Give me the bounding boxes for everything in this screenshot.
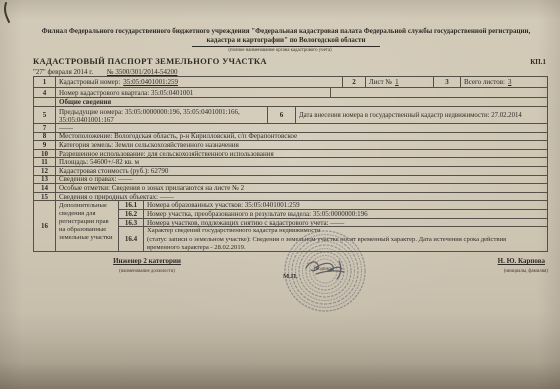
table-row-14: 14 Особые отметки: Сведения о зонах прил… xyxy=(34,184,548,193)
title-row: КАДАСТРОВЫЙ ПАСПОРТ ЗЕМЕЛЬНОГО УЧАСТКА К… xyxy=(33,56,546,66)
empty-number-cell xyxy=(34,98,56,107)
org-name-line2: кадастра и картографии" по Вологодской о… xyxy=(192,36,379,47)
table-row-15: 15 Сведения о природных объектах: —— xyxy=(34,193,548,202)
table-row-16-3: 16.3 Номера участков, подлежащих снятию … xyxy=(119,219,548,228)
round-seal-stamp xyxy=(282,228,368,314)
pen-mark xyxy=(0,0,20,28)
row-number: 9 xyxy=(34,141,56,150)
table-row-1: 1 Кадастровый номер: 35:05:0401001:259 2… xyxy=(34,77,548,88)
previous-numbers-cell: Предыдущие номера: 35:05:0000000:196, 35… xyxy=(56,107,268,124)
table-row-7: 7 —— xyxy=(34,124,548,133)
formed-parcels-cell: Номера образованных участков: 35:05:0401… xyxy=(144,201,548,210)
row-number: 5 xyxy=(34,107,56,124)
signatory-name-caption: (инициалы, фамилия) xyxy=(504,269,548,274)
removed-parcels-cell: Номера участков, подлежащих снятию с кад… xyxy=(144,219,548,228)
signatory-name: Н. Ю. Карпова xyxy=(498,257,545,265)
area-cell: Площадь: 54600+/-82 кв. м xyxy=(56,158,548,167)
cadastral-table: 1 Кадастровый номер: 35:05:0401001:259 2… xyxy=(33,76,548,252)
row-number: 13 xyxy=(34,176,56,185)
position-caption: (наименование должности) xyxy=(96,269,198,274)
table-row-11: 11 Площадь: 54600+/-82 кв. м xyxy=(34,158,548,167)
row-number: 12 xyxy=(34,167,56,176)
cadastral-number-cell: Кадастровый номер: 35:05:0401001:259 xyxy=(56,77,343,88)
row-number: 10 xyxy=(34,150,56,159)
table-row-16-2: 16.2 Номер участка, преобразованного в р… xyxy=(119,210,548,219)
section-header-row: Общие сведения xyxy=(34,98,548,107)
document-photo: Филиал Федерального государственного бюд… xyxy=(0,0,560,389)
table-row-10: 10 Разрешенное использование: для сельск… xyxy=(34,150,548,159)
sheet-cell: Лист № 1 xyxy=(366,77,434,88)
cadastral-value-cell: Кадастровая стоимость (руб.): 62790 xyxy=(56,167,548,176)
row-number: 2 xyxy=(343,77,366,88)
form-code: КП.1 xyxy=(530,58,546,66)
sub-row-number: 16.4 xyxy=(119,227,144,252)
location-cell: Местоположение: Вологодская область, р-н… xyxy=(56,133,548,142)
document-number: № 3500/301/2014-54200 xyxy=(107,68,178,76)
table-row-8: 8 Местоположение: Вологодская область, р… xyxy=(34,133,548,142)
date-row: "27" февраля 2014 г. № 3500/301/2014-542… xyxy=(33,68,178,76)
row-number: 3 xyxy=(434,77,461,88)
sub-row-number: 16.2 xyxy=(119,210,144,219)
table-row-16-1: 16.1 Номера образованных участков: 35:05… xyxy=(119,201,548,210)
quarter-number-cell: Номер кадастрового квартала: 35:05:04010… xyxy=(56,88,331,98)
permitted-use-cell: Разрешенное использование: для сельскохо… xyxy=(56,150,548,159)
row-number: 15 xyxy=(34,193,56,202)
document-date: "27" февраля 2014 г. xyxy=(33,68,93,76)
sub-row-number: 16.3 xyxy=(119,219,144,228)
additional-info-label: Дополнительные сведения для регистрации … xyxy=(56,201,119,252)
row-number: 6 xyxy=(268,107,296,124)
row-number: 8 xyxy=(34,133,56,142)
table-row-13: 13 Сведения о правах: —— xyxy=(34,176,548,185)
document-title: КАДАСТРОВЫЙ ПАСПОРТ ЗЕМЕЛЬНОГО УЧАСТКА xyxy=(33,56,267,66)
row-number: 7 xyxy=(34,124,56,133)
row-number: 1 xyxy=(34,77,56,88)
registration-date-cell: Дата внесения номера в государственный к… xyxy=(296,107,548,124)
row-text: —— xyxy=(56,124,548,133)
table-row-4: 4 Номер кадастрового квартала: 35:05:040… xyxy=(34,88,548,98)
row-number: 16 xyxy=(34,201,56,252)
sheet-value: 1 xyxy=(395,78,399,86)
row-number: 11 xyxy=(34,158,56,167)
special-notes-cell: Особые отметки: Сведения о зонах прилага… xyxy=(56,184,548,193)
table-row-5: 5 Предыдущие номера: 35:05:0000000:196, … xyxy=(34,107,548,124)
empty-cell xyxy=(331,88,548,98)
cadastral-number-value: 35:05:0401001:259 xyxy=(123,78,178,86)
sub-row-number: 16.1 xyxy=(119,201,144,210)
org-name-caption: (полное наименование органа кадастрового… xyxy=(0,48,560,53)
position-title: Инженер 2 категории xyxy=(96,257,198,265)
rights-cell: Сведения о правах: —— xyxy=(56,176,548,185)
org-name: Филиал Федерального государственного бюд… xyxy=(40,27,532,47)
total-sheets-value: 3 xyxy=(508,78,512,86)
org-name-line1: Филиал Федерального государственного бюд… xyxy=(40,27,532,36)
table-row-9: 9 Категория земель: Земли сельскохозяйст… xyxy=(34,141,548,150)
natural-objects-cell: Сведения о природных объектах: —— xyxy=(56,193,548,202)
transformed-parcel-cell: Номер участка, преобразованного в резуль… xyxy=(144,210,548,219)
table-row-12: 12 Кадастровая стоимость (руб.): 62790 xyxy=(34,167,548,176)
total-sheets-cell: Всего листов: 3 xyxy=(461,77,548,88)
row-number: 14 xyxy=(34,184,56,193)
land-category-cell: Категория земель: Земли сельскохозяйстве… xyxy=(56,141,548,150)
section-header: Общие сведения xyxy=(56,98,548,107)
row-number: 4 xyxy=(34,88,56,98)
